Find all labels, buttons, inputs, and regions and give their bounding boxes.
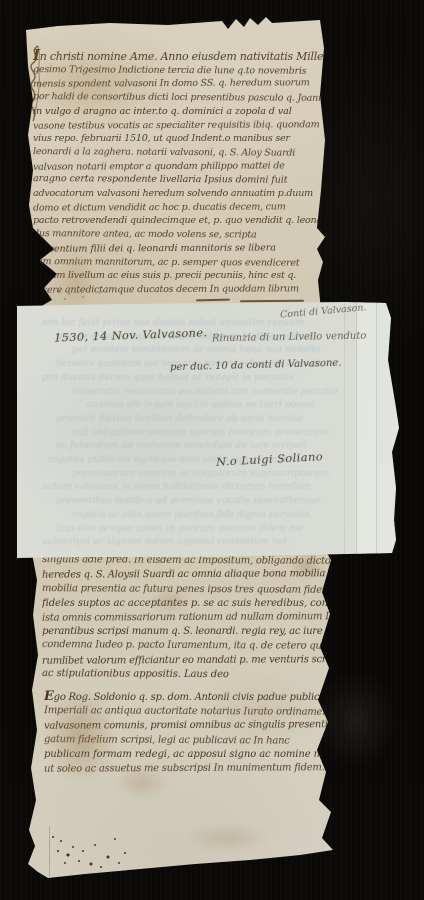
stain bbox=[116, 766, 168, 798]
manuscript-line: condemna Iudeo p. pacto Iuramentum, ita … bbox=[42, 639, 330, 655]
bleedthrough-line: premissorum omnium ac singulorum suprasc… bbox=[42, 467, 340, 481]
bleedthrough-line: ac omni alii legum auxilio quibus se tue… bbox=[42, 398, 340, 412]
bleedthrough-line: sub obligatione omnium suorum bonorum pr… bbox=[42, 426, 340, 440]
bleedthrough-line: subscripsi ac signum meum apposui consue… bbox=[42, 535, 340, 549]
manuscript-line: dus mannitore antea, ac modo volens se, … bbox=[33, 227, 323, 242]
manuscript-line: pacto retrovendendi quindecimque et, p. … bbox=[33, 214, 323, 228]
manuscript-line: rumlibet valorum efficiantur eo mandati … bbox=[42, 653, 330, 669]
manuscript-line: domo et dictum vendidit ac hoc p. ducati… bbox=[33, 200, 323, 215]
stain bbox=[290, 554, 322, 578]
stain bbox=[46, 688, 116, 783]
manuscript-line: leonardi a la zaghera. notarii valvasoni… bbox=[33, 145, 323, 160]
bleedthrough-text: sim lac fecit primo sue domini solvat an… bbox=[42, 316, 340, 549]
underline-stroke bbox=[196, 299, 230, 301]
stain bbox=[58, 250, 94, 310]
bleedthrough-line: actum valvasoni in domo habitationis dic… bbox=[42, 480, 340, 494]
ink-speckles bbox=[52, 836, 54, 838]
manuscript-line: heredes q. S. Aloysii Suardi ac omnia al… bbox=[42, 568, 330, 584]
bleedthrough-line: promisit dictum livellum defendere ab om… bbox=[42, 412, 340, 426]
fold-crease bbox=[49, 826, 50, 876]
manuscript-photo: In christi nomine Ame. Anno eiusdem nati… bbox=[0, 0, 424, 900]
manuscript-line: ista omnis commissariorum rationum ad nu… bbox=[42, 610, 330, 626]
stain bbox=[200, 672, 320, 752]
bleedthrough-line: laus deo semper amen in quorum omnium fi… bbox=[42, 522, 340, 536]
bleedthrough-line: presentibus testibus ad premissa vocatis… bbox=[42, 494, 340, 508]
stain bbox=[185, 824, 270, 852]
stain bbox=[150, 588, 190, 614]
manuscript-line: vius repo. februarii 1510, ut quod Inden… bbox=[33, 132, 323, 146]
manuscript-line: perantibus scripsi manum q. S. leonardi.… bbox=[42, 625, 330, 639]
slip-subject-annotation: Rinunzia di un Livello venduto bbox=[212, 331, 367, 345]
bleedthrough-line: per eandem venditionem ac omnia bona sua… bbox=[42, 343, 340, 357]
stain bbox=[30, 52, 150, 122]
ink-speckles bbox=[58, 290, 60, 292]
bleedthrough-line: rogatis ac aliis quam pluribus fide dign… bbox=[42, 508, 340, 522]
lower-text-paragraph-1: censum solvere tamquam omnes ac heredes … bbox=[42, 540, 330, 682]
underline-stroke bbox=[240, 300, 304, 302]
bleedthrough-line: pro ducatis decem quos habuit ac recepit… bbox=[42, 371, 340, 385]
manuscript-line: advocatorum valvasoni heredum solvendo a… bbox=[33, 187, 323, 201]
bleedthrough-line: numeratis renuncians exceptioni non nume… bbox=[42, 385, 340, 399]
manuscript-line: aragno certa respondente livellaria Ipsi… bbox=[33, 172, 323, 187]
